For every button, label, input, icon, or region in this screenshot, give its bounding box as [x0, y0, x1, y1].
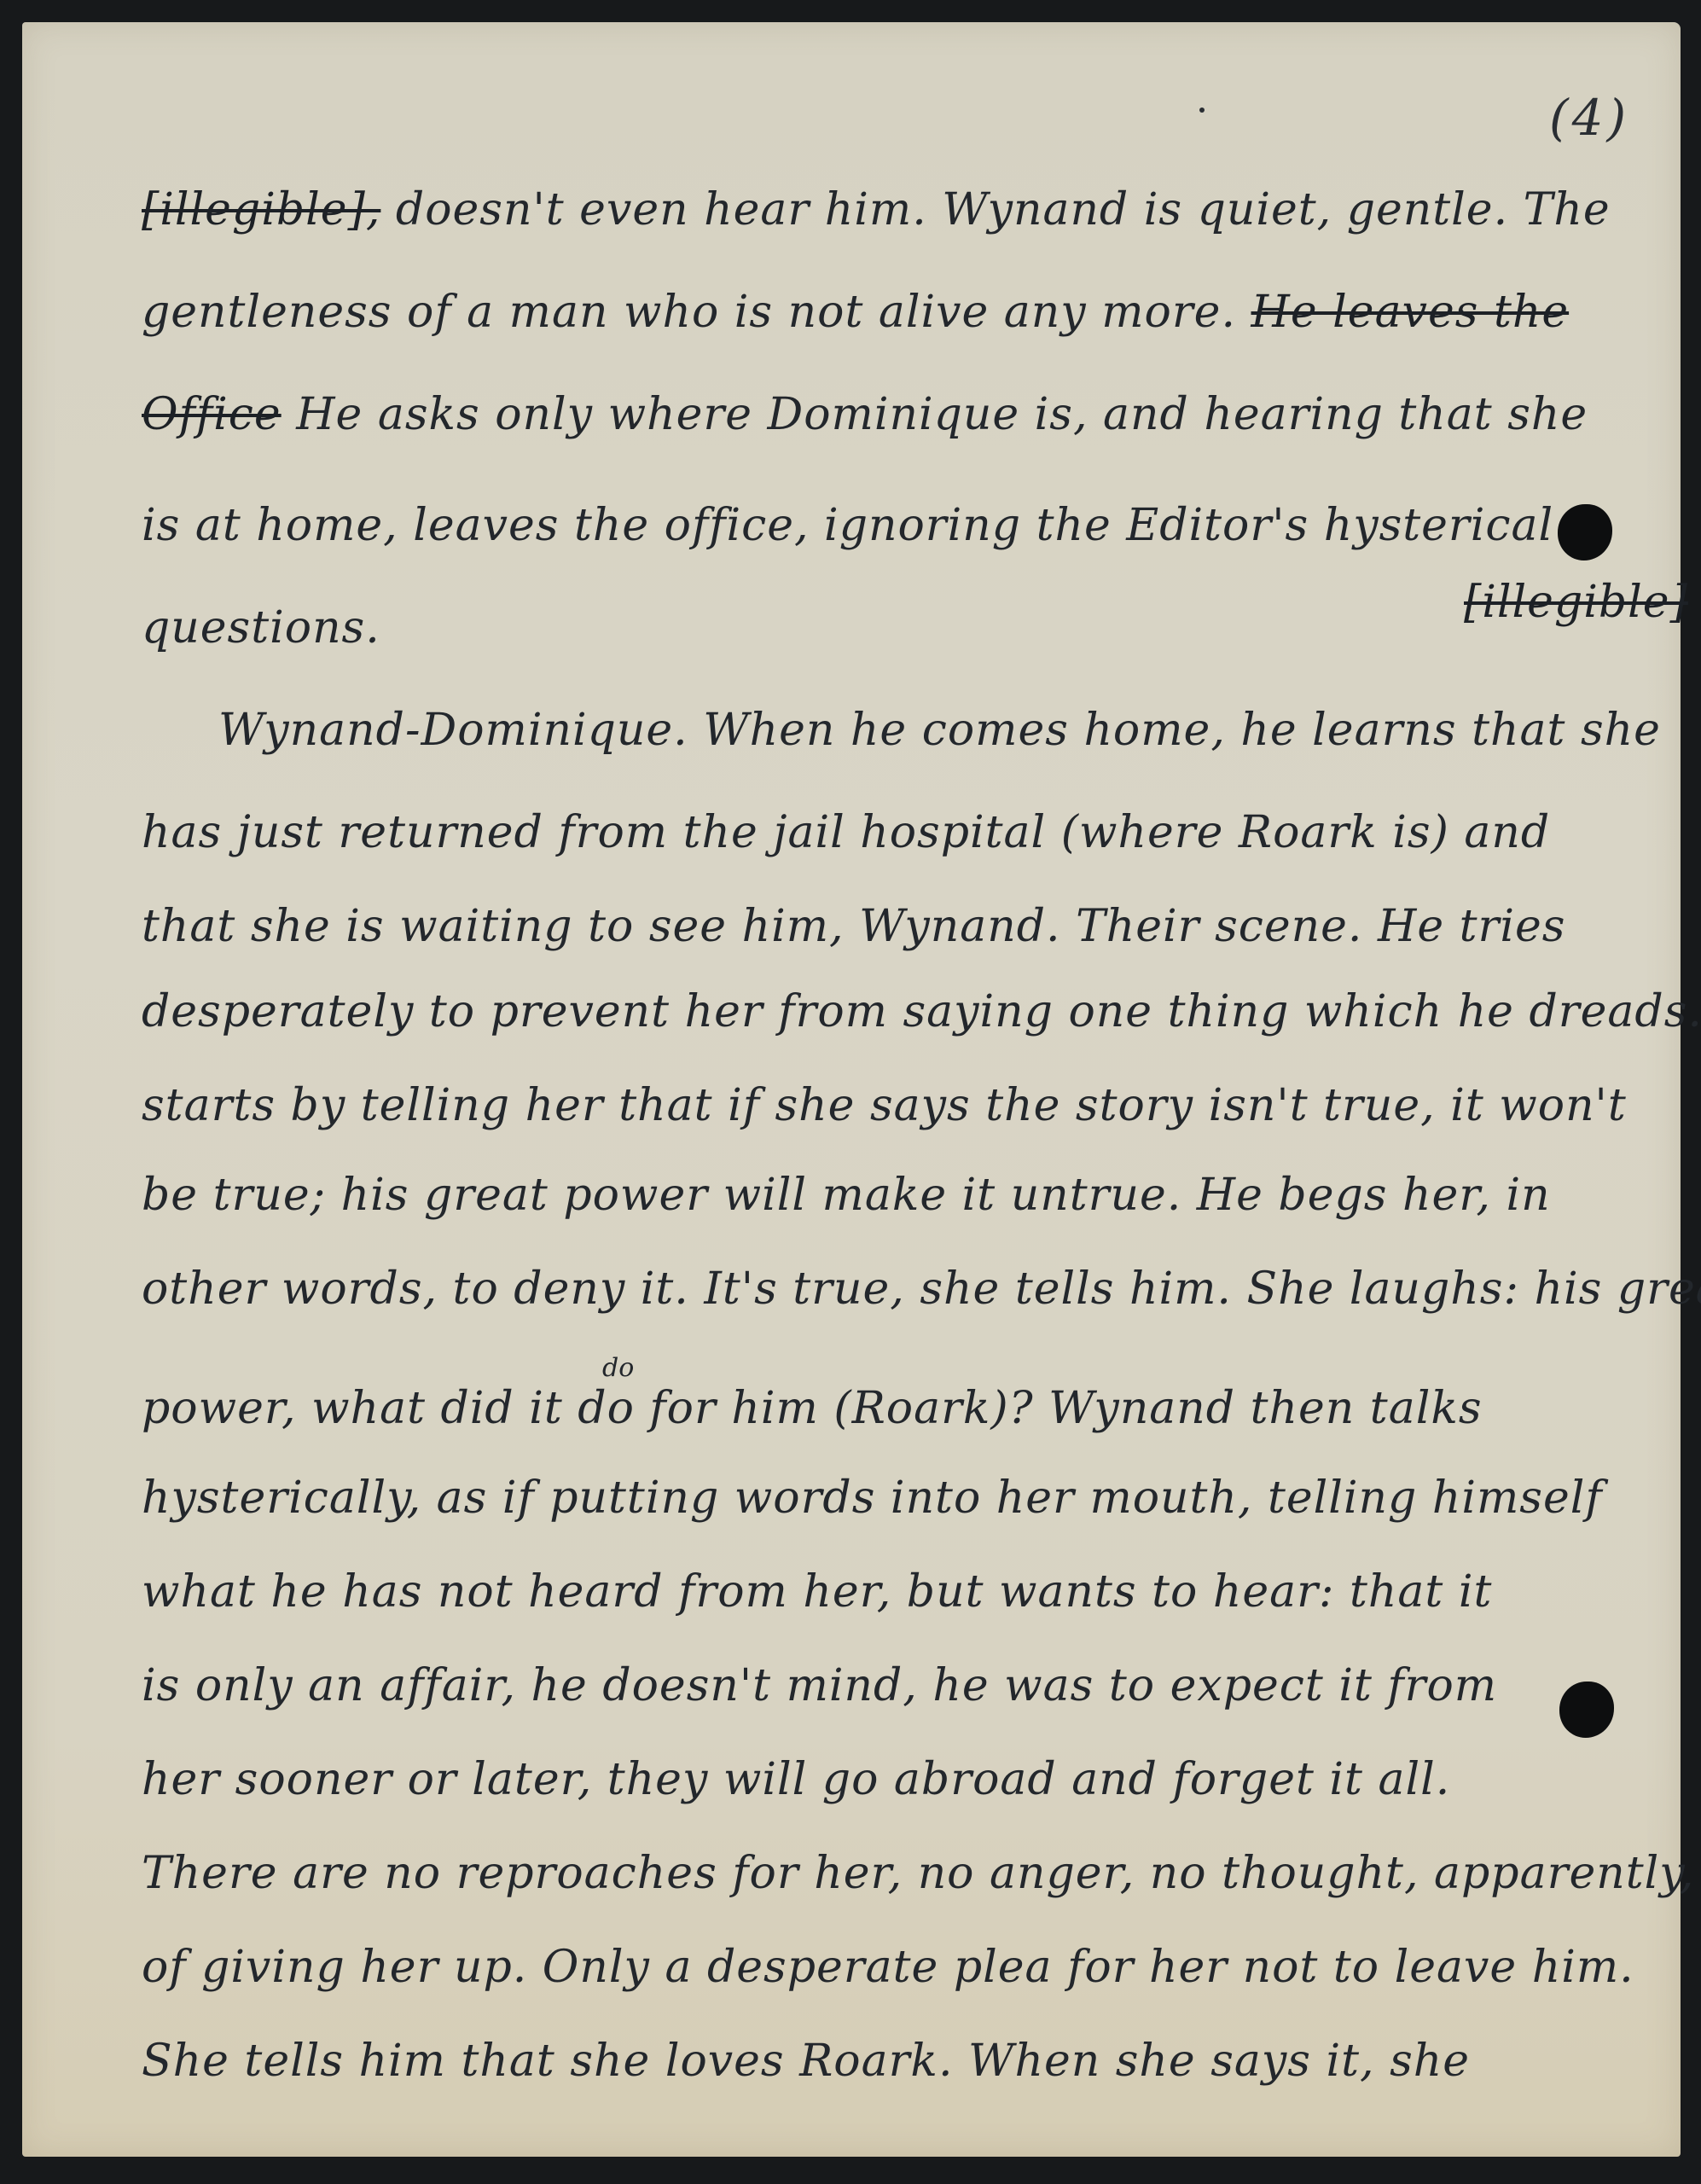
line-5: questions. — [142, 602, 1626, 653]
struck-margin: [illegible] — [1464, 577, 1634, 628]
line-text: gentleness of a man who is not alive any… — [142, 287, 1236, 338]
struck-text: [illegible] — [1464, 577, 1688, 628]
line-text: of giving her up. Only a desperate plea … — [142, 1942, 1634, 1993]
line-text: desperately to prevent her from saying o… — [142, 986, 1701, 1037]
manuscript-text: [illegible], doesn't even hear him. Wyna… — [22, 22, 1681, 2157]
line-4: is at home, leaves the office, ignoring … — [142, 500, 1626, 551]
line-text: is only an affair, he doesn't mind, he w… — [142, 1660, 1497, 1711]
line-text: power, what did it do for him (Roark)? W… — [142, 1383, 1483, 1434]
line-17: her sooner or later, they will go abroad… — [142, 1754, 1626, 1805]
line-1: [illegible], doesn't even hear him. Wyna… — [142, 184, 1626, 235]
line-9: desperately to prevent her from saying o… — [142, 986, 1626, 1037]
line-text: There are no reproaches for her, no ange… — [142, 1848, 1694, 1899]
struck-text: He leaves the — [1251, 287, 1570, 338]
struck-text: [illegible], — [142, 184, 380, 235]
line-15: what he has not heard from her, but want… — [142, 1566, 1626, 1618]
line-20: She tells him that she loves Roark. When… — [142, 2036, 1626, 2087]
line-text: starts by telling her that if she says t… — [142, 1080, 1627, 1131]
line-text: questions. — [142, 602, 380, 653]
scan-background: (4) [illegible], doesn't even hear him. … — [0, 0, 1701, 2184]
manuscript-page: (4) [illegible], doesn't even hear him. … — [22, 22, 1681, 2157]
line-18: There are no reproaches for her, no ange… — [142, 1848, 1626, 1899]
struck-text: Office — [142, 389, 282, 440]
line-13: power, what did it do for him (Roark)? W… — [142, 1383, 1626, 1434]
line-text: Wynand-Dominique. When he comes home, he… — [218, 705, 1661, 756]
line-text: is at home, leaves the office, ignoring … — [142, 500, 1553, 551]
line-3: Office He asks only where Dominique is, … — [142, 389, 1626, 440]
line-text: other words, to deny it. It's true, she … — [142, 1263, 1701, 1315]
line-6: Wynand-Dominique. When he comes home, he… — [218, 705, 1701, 756]
line-text: doesn't even hear him. Wynand is quiet, … — [396, 184, 1611, 235]
line-text: her sooner or later, they will go abroad… — [142, 1754, 1450, 1805]
line-14: hysterically, as if putting words into h… — [142, 1472, 1626, 1524]
line-text: She tells him that she loves Roark. When… — [142, 2036, 1470, 2087]
line-11: be true; his great power will make it un… — [142, 1170, 1626, 1221]
line-text: has just returned from the jail hospital… — [142, 807, 1550, 858]
inserted-word: do — [602, 1353, 634, 1383]
line-text: hysterically, as if putting words into h… — [142, 1472, 1603, 1524]
line-19: of giving her up. Only a desperate plea … — [142, 1942, 1626, 1993]
line-12: other words, to deny it. It's true, she … — [142, 1263, 1626, 1315]
line-text: that she is waiting to see him, Wynand. … — [142, 901, 1565, 952]
line-text: be true; his great power will make it un… — [142, 1170, 1551, 1221]
line-10: starts by telling her that if she says t… — [142, 1080, 1626, 1131]
line-text: He asks only where Dominique is, and hea… — [296, 389, 1588, 440]
line-16: is only an affair, he doesn't mind, he w… — [142, 1660, 1626, 1711]
line-text: what he has not heard from her, but want… — [142, 1566, 1492, 1618]
line-7: has just returned from the jail hospital… — [142, 807, 1626, 858]
line-8: that she is waiting to see him, Wynand. … — [142, 901, 1626, 952]
line-2: gentleness of a man who is not alive any… — [142, 287, 1626, 338]
